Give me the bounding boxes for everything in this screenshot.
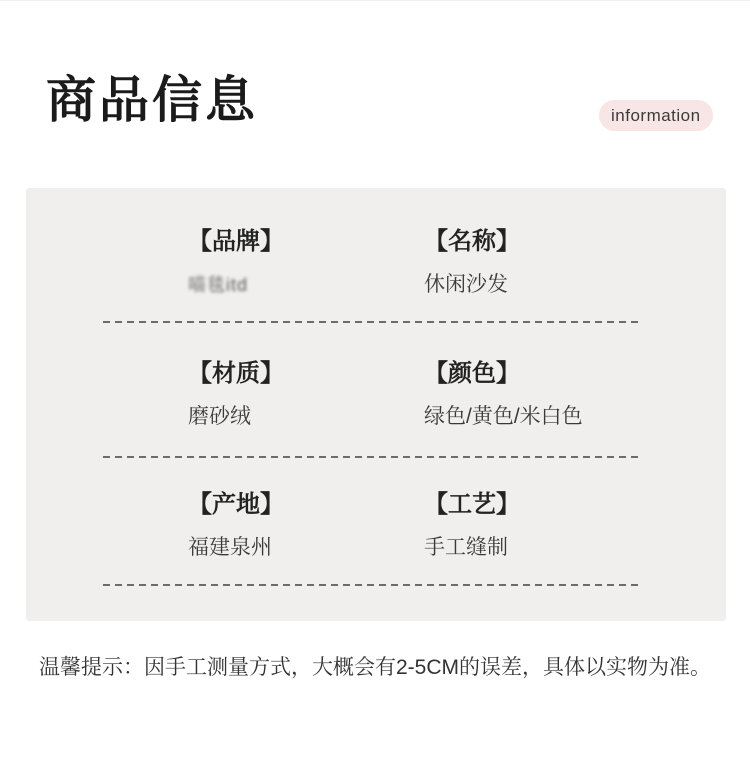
information-badge: information	[599, 100, 713, 131]
field-origin: 【产地】 福建泉州	[188, 491, 418, 560]
product-info-card: 【品牌】 喵毯itd 【名称】 休闲沙发 【材质】 磨砂绒 【颜色】 绿色/黄色…	[26, 188, 726, 621]
field-brand-label: 【品牌】	[188, 228, 418, 256]
field-color: 【颜色】 绿色/黄色/米白色	[424, 360, 654, 429]
field-craft-value: 手工缝制	[424, 536, 654, 560]
field-brand-value: 喵毯itd	[188, 273, 418, 297]
field-color-value: 绿色/黄色/米白色	[424, 405, 654, 429]
field-name: 【名称】 休闲沙发	[424, 228, 654, 297]
field-name-value: 休闲沙发	[424, 273, 654, 297]
field-material: 【材质】 磨砂绒	[188, 360, 418, 429]
field-name-label: 【名称】	[424, 228, 654, 256]
field-material-label: 【材质】	[188, 360, 418, 388]
dashed-divider-1	[103, 321, 639, 323]
field-color-label: 【颜色】	[424, 360, 654, 388]
field-brand: 【品牌】 喵毯itd	[188, 228, 418, 297]
field-origin-value: 福建泉州	[188, 536, 418, 560]
field-material-value: 磨砂绒	[188, 405, 418, 429]
dashed-divider-3	[103, 584, 639, 586]
product-info-section: 商品信息 information 【品牌】 喵毯itd 【名称】 休闲沙发 【材…	[0, 0, 750, 774]
field-craft: 【工艺】 手工缝制	[424, 491, 654, 560]
field-origin-label: 【产地】	[188, 491, 418, 519]
measurement-note: 温馨提示：因手工测量方式，大概会有2-5CM的误差，具体以实物为准。	[0, 653, 750, 683]
field-craft-label: 【工艺】	[424, 491, 654, 519]
dashed-divider-2	[103, 456, 639, 458]
page-title: 商品信息	[46, 71, 258, 129]
